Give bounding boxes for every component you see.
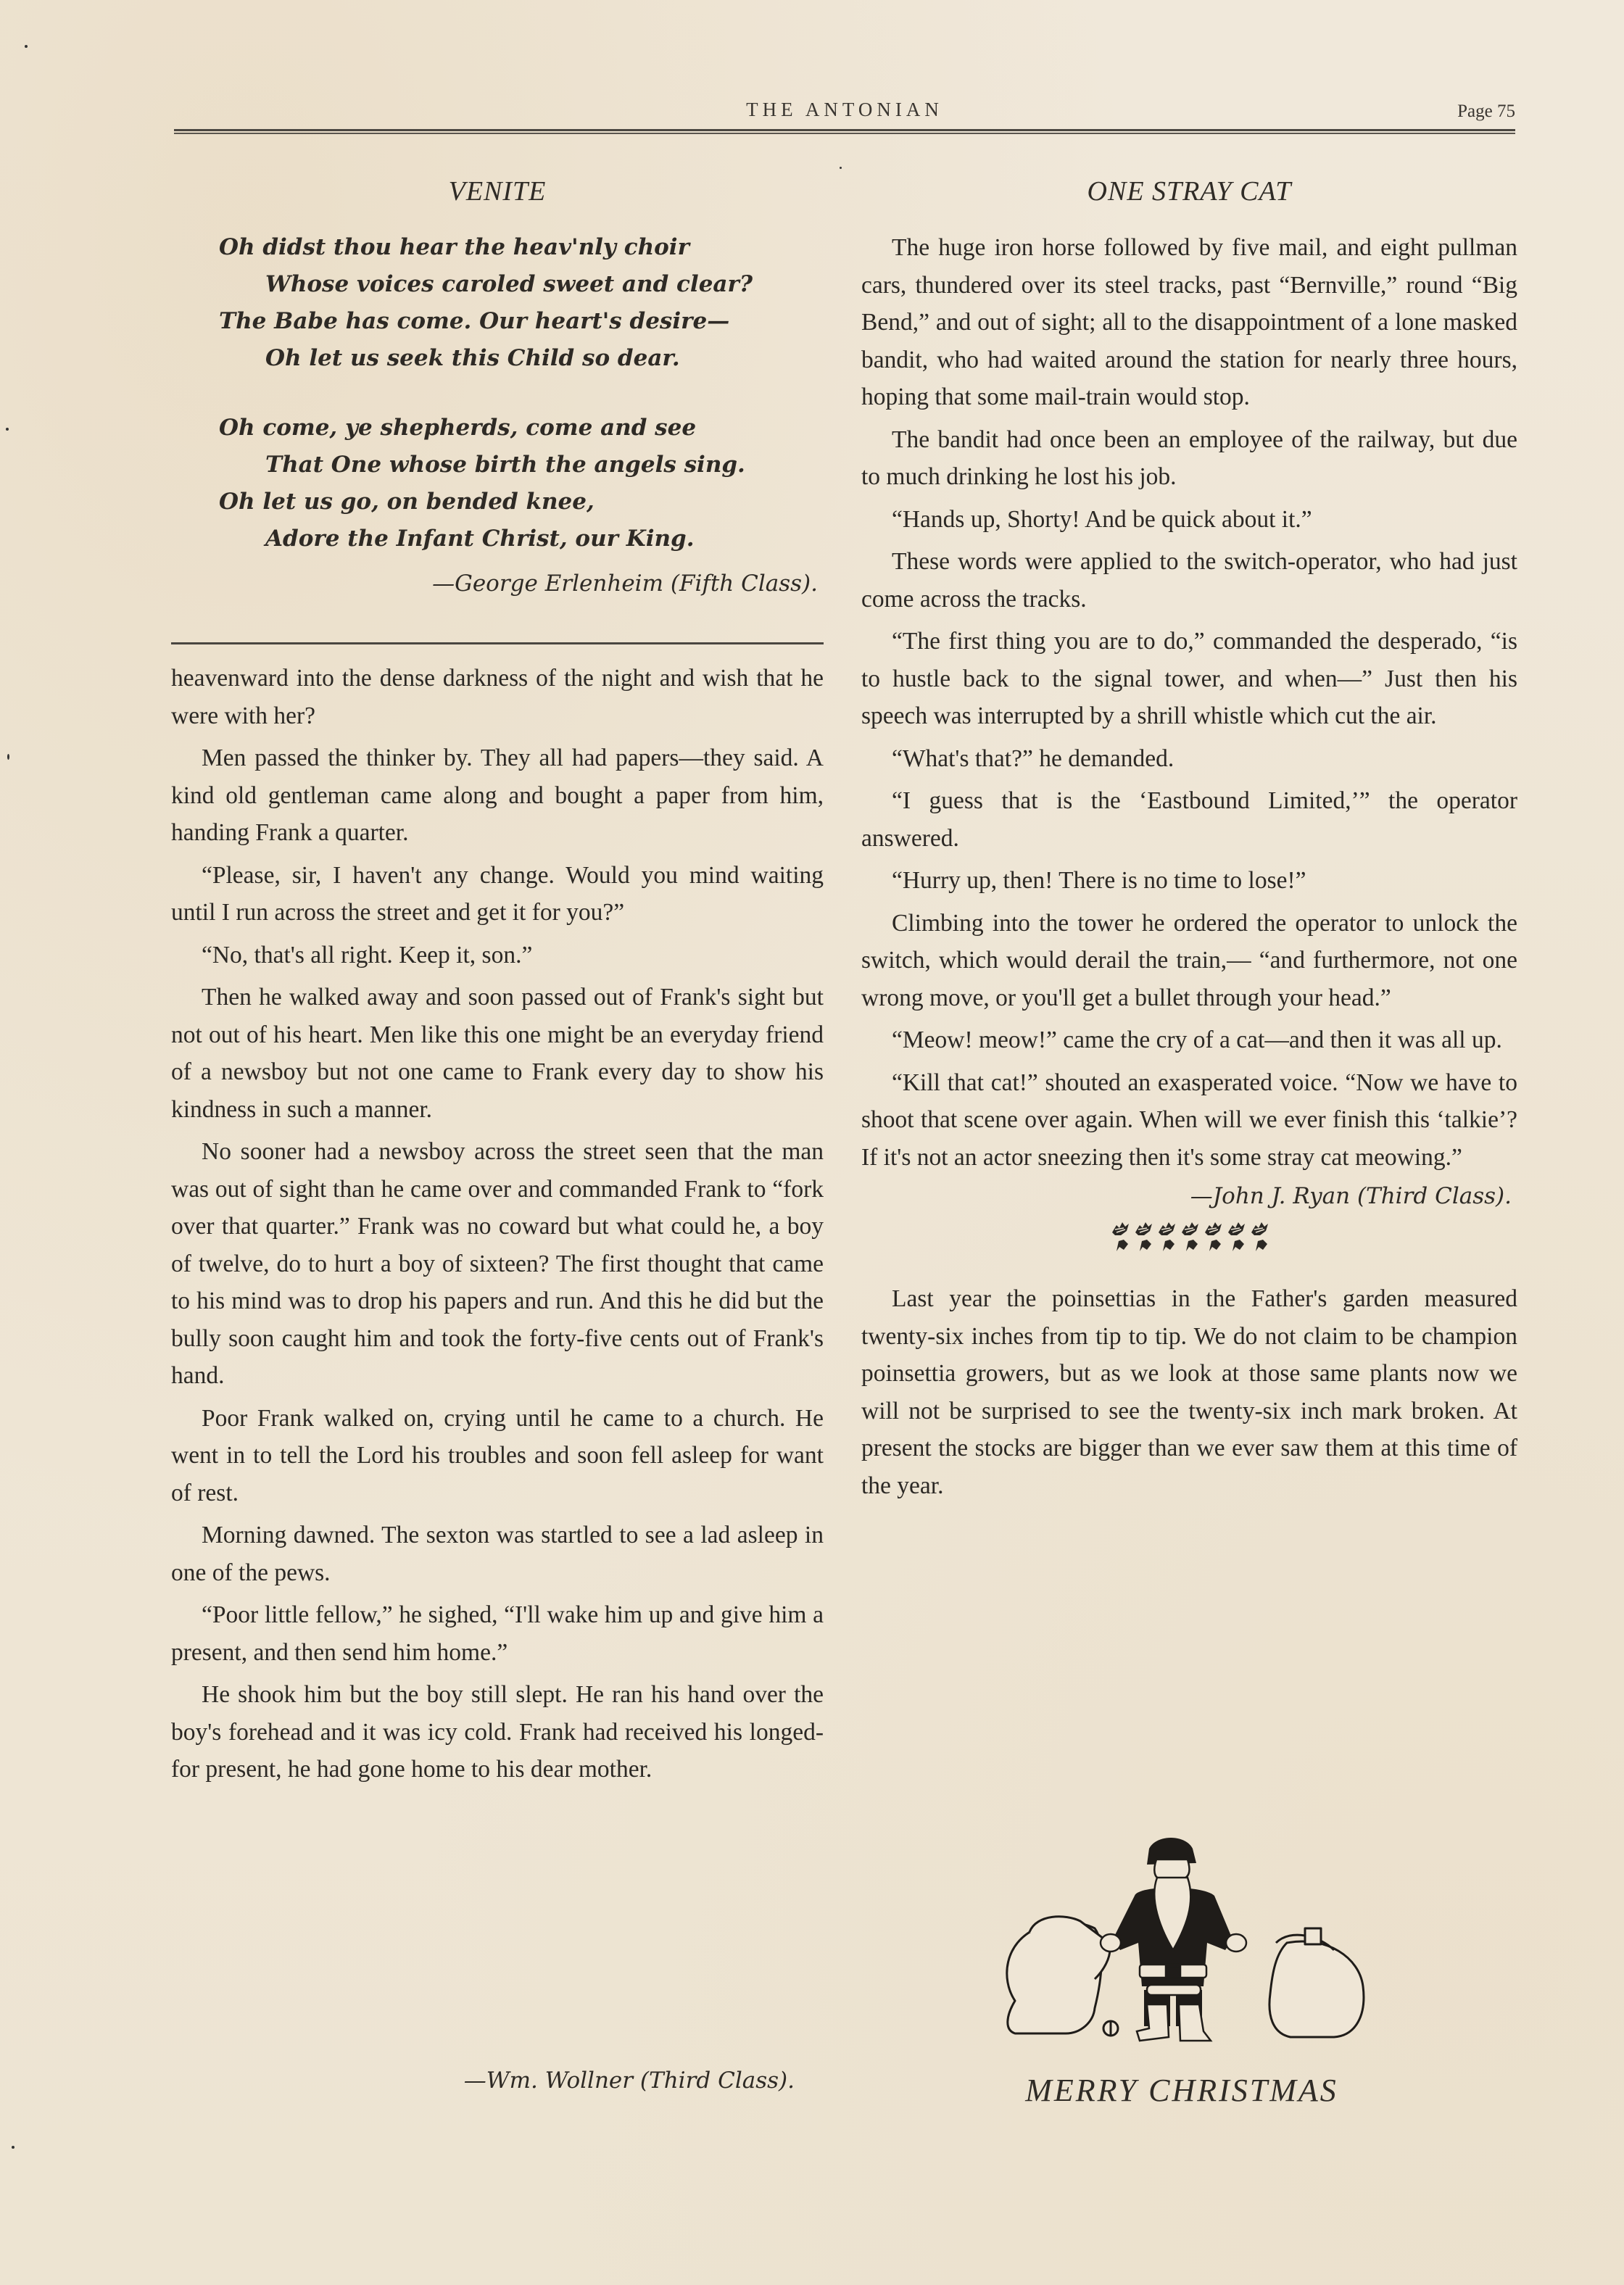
- story-title: ONE STRAY CAT: [861, 175, 1517, 207]
- page-number: Page 75: [1457, 101, 1515, 122]
- story-paragraph: “I guess that is the ‘Eastbound Limited,…: [861, 782, 1517, 857]
- story-paragraph: No sooner had a newsboy across the stree…: [171, 1133, 824, 1395]
- poem-line: Adore the Infant Christ, our King.: [219, 521, 824, 557]
- header-rule-secondary: [174, 133, 1515, 134]
- publication-title: THE ANTONIAN: [174, 99, 1515, 121]
- poem-line: Whose voices caroled sweet and clear?: [219, 266, 824, 303]
- holly-sprig-icon: [1111, 1219, 1130, 1254]
- running-head: THE ANTONIAN Page 75: [174, 94, 1515, 130]
- paper-speck: [7, 754, 9, 760]
- story-paragraph: “No, that's all right. Keep it, son.”: [171, 937, 824, 974]
- poem-attribution: —George Erlenheim (Fifth Class).: [171, 571, 824, 597]
- left-story-attribution: —Wm. Wollner (Third Class).: [171, 2068, 800, 2094]
- stanza-break: [219, 377, 824, 410]
- holly-sprig-icon: [1203, 1219, 1222, 1254]
- poem-line: Oh didst thou hear the heav'nly choir: [219, 229, 824, 266]
- holly-sprig-icon: [1180, 1219, 1199, 1254]
- right-story-attribution: —John J. Ryan (Third Class).: [861, 1183, 1517, 1209]
- story-paragraph: The bandit had once been an employee of …: [861, 421, 1517, 496]
- poem-body: Oh didst thou hear the heav'nly choir Wh…: [171, 229, 824, 557]
- story-paragraph: “Meow! meow!” came the cry of a cat—and …: [861, 1021, 1517, 1059]
- story-paragraph: heavenward into the dense darkness of th…: [171, 660, 824, 734]
- right-story-body: The huge iron horse followed by five mai…: [861, 229, 1517, 1176]
- header-rule: [174, 129, 1515, 131]
- poem-line: Oh let us seek this Child so dear.: [219, 340, 824, 377]
- story-paragraph: “Please, sir, I haven't any change. Woul…: [171, 857, 824, 932]
- right-column: ONE STRAY CAT The huge iron horse follow…: [861, 167, 1517, 1509]
- santa-illustration: [986, 1834, 1392, 2052]
- story-paragraph: Morning dawned. The sexton was startled …: [171, 1517, 824, 1591]
- holly-sprig-icon: [1227, 1219, 1246, 1254]
- story-paragraph: “Poor little fellow,” he sighed, “I'll w…: [171, 1596, 824, 1671]
- note-paragraph: Last year the poinsettias in the Father'…: [861, 1280, 1517, 1504]
- paper-speck: [840, 167, 842, 169]
- holly-sprig-icon: [1134, 1219, 1153, 1254]
- story-paragraph: Men passed the thinker by. They all had …: [171, 739, 824, 852]
- poem-line: Oh come, ye shepherds, come and see: [219, 410, 824, 447]
- poem-line: The Babe has come. Our heart's desire—: [219, 303, 824, 340]
- poem-section: VENITE Oh didst thou hear the heav'nly c…: [171, 167, 824, 597]
- story-paragraph: “The first thing you are to do,” command…: [861, 623, 1517, 735]
- story-paragraph: The huge iron horse followed by five mai…: [861, 229, 1517, 416]
- poem-line: Oh let us go, on bended knee,: [219, 484, 824, 521]
- poinsettia-note: Last year the poinsettias in the Father'…: [861, 1280, 1517, 1504]
- paper-speck: [6, 428, 9, 431]
- story-paragraph: “Hands up, Shorty! And be quick about it…: [861, 501, 1517, 539]
- story-paragraph: Poor Frank walked on, crying until he ca…: [171, 1400, 824, 1512]
- left-story-body: heavenward into the dense darkness of th…: [171, 660, 824, 1793]
- story-paragraph: “Hurry up, then! There is no time to los…: [861, 862, 1517, 900]
- merry-christmas-caption: MERRY CHRISTMAS: [964, 2072, 1399, 2109]
- paper-speck: [25, 45, 28, 48]
- holly-ornament-row: [861, 1219, 1517, 1258]
- holly-sprig-icon: [1250, 1219, 1269, 1254]
- story-paragraph: “What's that?” he demanded.: [861, 740, 1517, 778]
- story-paragraph: He shook him but the boy still slept. He…: [171, 1676, 824, 1788]
- story-paragraph: Then he walked away and soon passed out …: [171, 979, 824, 1128]
- story-paragraph: These words were applied to the switch-o…: [861, 543, 1517, 618]
- story-paragraph: “Kill that cat!” shouted an exasperated …: [861, 1064, 1517, 1177]
- poem-title: VENITE: [171, 175, 824, 207]
- poem-line: That One whose birth the angels sing.: [219, 447, 824, 484]
- santa-claus-icon: [986, 1834, 1392, 2052]
- story-paragraph: Climbing into the tower he ordered the o…: [861, 905, 1517, 1017]
- paper-speck: [12, 2146, 14, 2149]
- holly-sprig-icon: [1157, 1219, 1176, 1254]
- column-section-rule: [171, 642, 824, 644]
